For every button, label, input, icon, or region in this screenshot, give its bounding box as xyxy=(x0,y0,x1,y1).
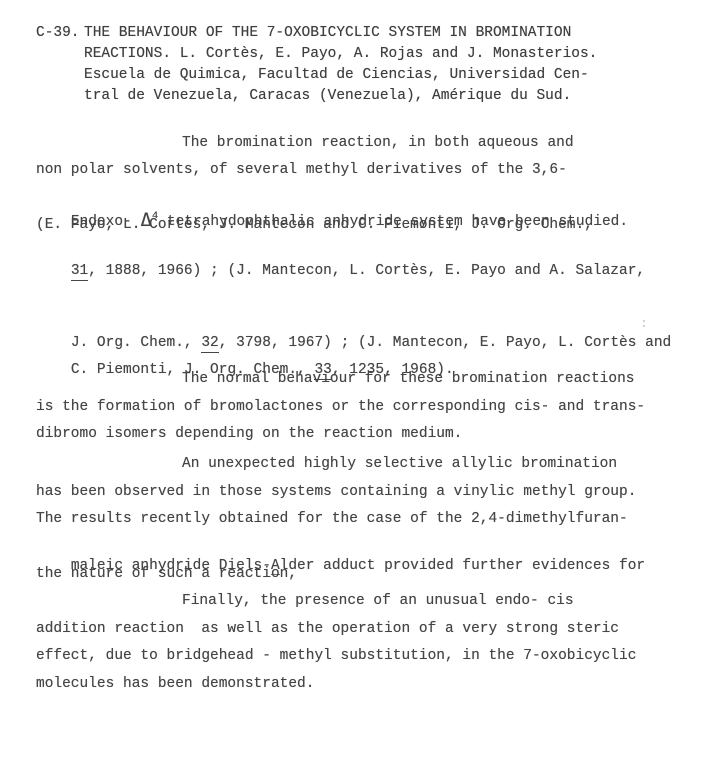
scanned-abstract-page: C-39. THE BEHAVIOUR OF THE 7-OXOBICYCLIC… xyxy=(0,0,704,783)
affiliation-line-1: Escuela de Quimica, Facultad de Ciencias… xyxy=(84,66,589,85)
body-line: The results recently obtained for the ca… xyxy=(36,510,628,529)
body-line: is the formation of bromolactones or the… xyxy=(36,398,645,417)
body-line: molecules has been demonstrated. xyxy=(36,675,314,694)
body-line: The normal behaviour for these brominati… xyxy=(182,370,634,389)
body-line: dibromo isomers depending on the reactio… xyxy=(36,425,462,444)
body-line: An unexpected highly selective allylic b… xyxy=(182,455,617,474)
entry-code: C-39. xyxy=(36,24,80,43)
title-line-1: THE BEHAVIOUR OF THE 7-OXOBICYCLIC SYSTE… xyxy=(84,24,571,43)
body-line: effect, due to bridgehead - methyl subst… xyxy=(36,647,636,666)
reference-line: (E. Payo, L. Cortès, J. Mantecon and C. … xyxy=(36,216,593,235)
reference-line: 31, 1888, 1966) ; (J. Mantecon, L. Cortè… xyxy=(36,243,645,300)
journal-volume: 31 xyxy=(71,263,88,281)
body-line: has been observed in those systems conta… xyxy=(36,483,636,502)
body-line: Finally, the presence of an unusual endo… xyxy=(182,592,574,611)
text-segment: , 1888, 1966) ; (J. Mantecon, L. Cortès,… xyxy=(88,263,645,279)
affiliation-line-2: tral de Venezuela, Caracas (Venezuela), … xyxy=(84,87,571,106)
body-line: non polar solvents, of several methyl de… xyxy=(36,161,567,180)
title-line-2: REACTIONS. L. Cortès, E. Payo, A. Rojas … xyxy=(84,45,597,64)
body-line: the nature of such a reaction, xyxy=(36,565,297,584)
scan-artifact: : xyxy=(640,316,648,331)
body-line: The bromination reaction, in both aqueou… xyxy=(182,134,574,153)
text-segment: lder adduct provided further evidences f… xyxy=(280,558,645,574)
body-line: addition reaction as well as the operati… xyxy=(36,620,619,639)
